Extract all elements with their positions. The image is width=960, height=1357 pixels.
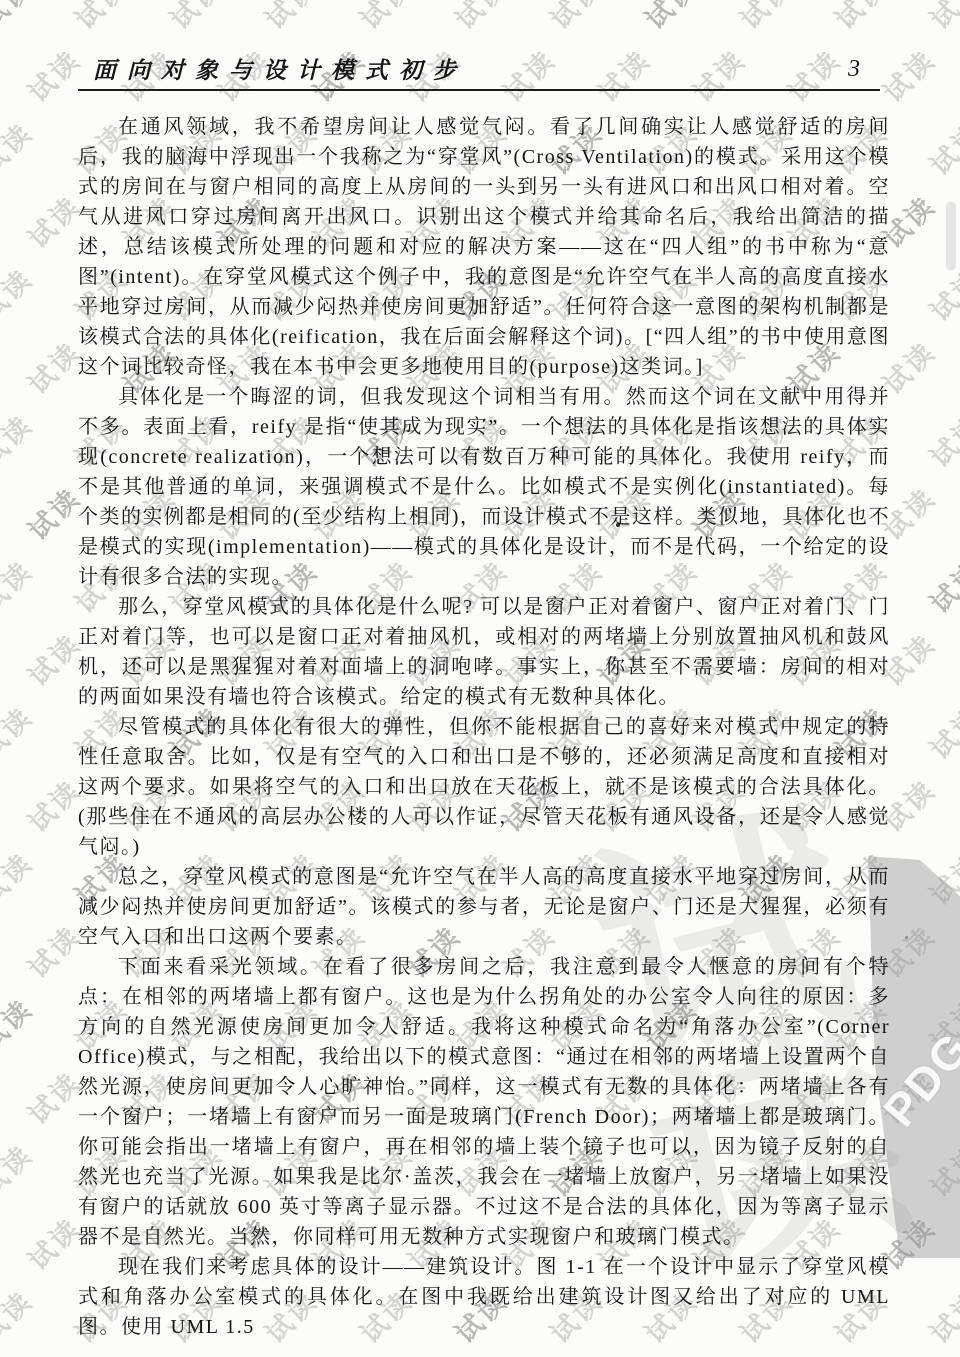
scan-speck <box>905 936 908 939</box>
trial-watermark: 试读 <box>920 404 960 474</box>
paragraph: 那么，穿堂风模式的具体化是什么呢? 可以是窗户正对着窗户、窗户正对着门、门正对着… <box>78 592 890 712</box>
trial-watermark: 试读 <box>920 1280 960 1350</box>
trial-watermark: 试读 <box>920 696 960 766</box>
trial-watermark: 试读 <box>0 112 40 182</box>
body-text: 在通风领域，我不希望房间让人感觉气闷。看了几间确实让人感觉舒适的房间后，我的脑海… <box>78 112 890 1342</box>
paragraph: 总之，穿堂风模式的意图是“允许空气在半人高的高度直接水平地穿过房间，从而减少闷热… <box>78 862 890 952</box>
trial-watermark: 试读 <box>0 988 40 1058</box>
trial-watermark: 试读 <box>920 1134 960 1204</box>
page-number: 3 <box>848 56 860 83</box>
trial-watermark: 试读 <box>18 39 88 109</box>
paragraph: 下面来看采光领域。在看了很多房间之后，我注意到最令人惬意的房间有个特点：在相邻的… <box>78 952 890 1252</box>
trial-watermark: 试读 <box>920 842 960 912</box>
trial-watermark: 试读 <box>588 39 658 109</box>
trial-watermark: 试读 <box>160 0 230 37</box>
trial-watermark: 试读 <box>635 0 705 37</box>
trial-watermark: 试读 <box>493 39 563 109</box>
trial-watermark: 试读 <box>730 0 800 37</box>
trial-watermark: 试读 <box>873 39 943 109</box>
trial-watermark: 试读 <box>350 0 420 37</box>
trial-watermark: 试读 <box>445 0 515 37</box>
paragraph: 尽管模式的具体化有很大的弹性，但你不能根据自己的喜好来对模式中规定的特性任意取舍… <box>78 712 890 862</box>
trial-watermark: 试读 <box>920 988 960 1058</box>
paragraph: 在通风领域，我不希望房间让人感觉气闷。看了几间确实让人感觉舒适的房间后，我的脑海… <box>78 112 890 382</box>
paragraph: 现在我们来考虑具体的设计——建筑设计。图 1-1 在一个设计中显示了穿堂风模式和… <box>78 1252 890 1342</box>
trial-watermark: 试读 <box>920 112 960 182</box>
trial-watermark: 试读 <box>920 550 960 620</box>
trial-watermark: 试读 <box>683 39 753 109</box>
scanned-page: 试读试读试读试读试读试读试读试读试读试读试读试读试读试读试读试读试读试读试读试读… <box>0 0 960 1357</box>
trial-watermark: 试读 <box>0 1280 40 1350</box>
trial-watermark: 试读 <box>0 550 40 620</box>
paragraph: 具体化是一个晦涩的词，但我发现这个词相当有用。然而这个词在文献中用得并不多。表面… <box>78 382 890 592</box>
trial-watermark: 试读 <box>0 842 40 912</box>
trial-watermark: 试读 <box>778 39 848 109</box>
trial-watermark: 试读 <box>0 258 40 328</box>
header-rule <box>78 89 880 91</box>
trial-watermark: 试读 <box>825 0 895 37</box>
trial-watermark: 试读 <box>255 0 325 37</box>
trial-watermark: 试读 <box>0 0 40 37</box>
trial-watermark: 试读 <box>0 1134 40 1204</box>
book-title: 面向对象与设计模式初步 <box>93 52 467 85</box>
trial-watermark: 试读 <box>920 0 960 37</box>
scan-streak <box>946 202 956 270</box>
trial-watermark: 试读 <box>65 0 135 37</box>
trial-watermark: 试读 <box>540 0 610 37</box>
trial-watermark: 试读 <box>0 696 40 766</box>
trial-watermark: 试读 <box>0 404 40 474</box>
